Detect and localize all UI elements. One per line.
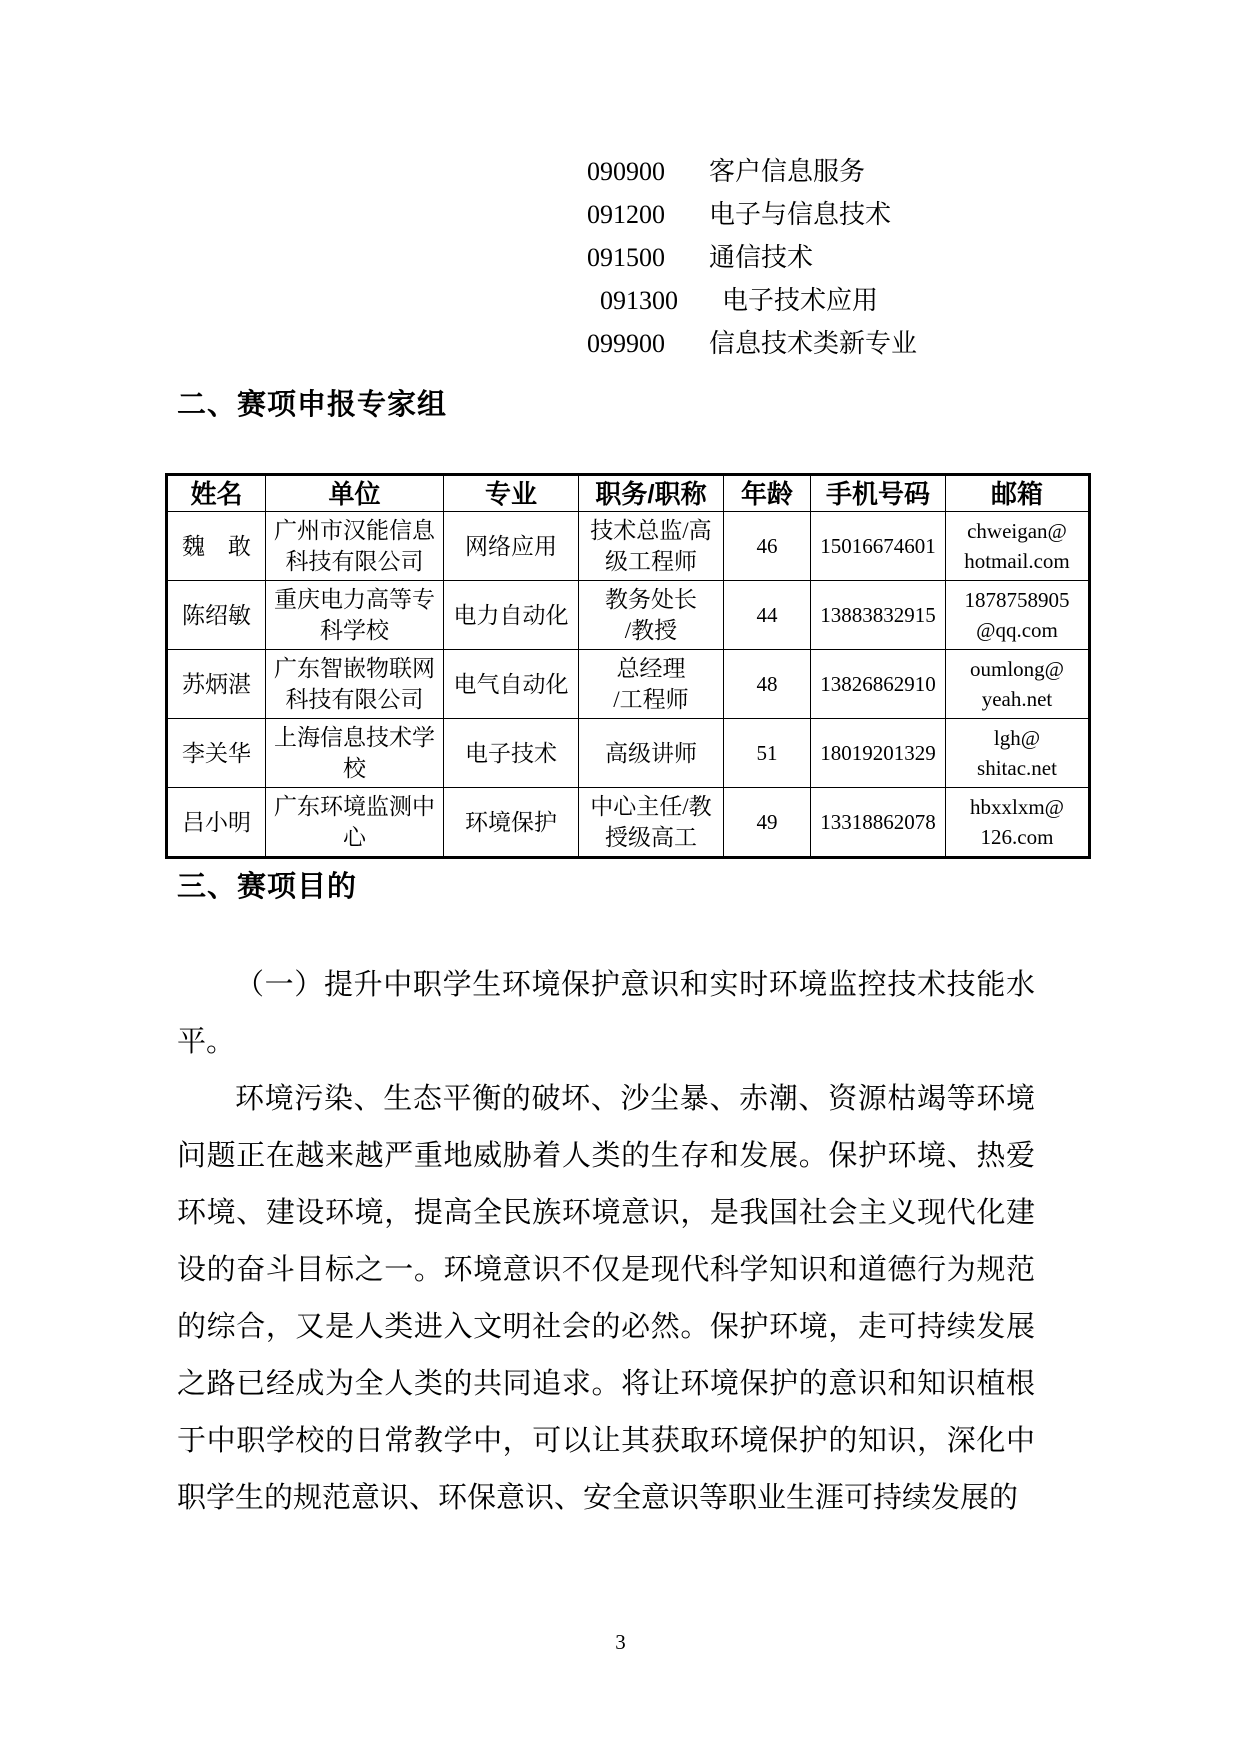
cell-major: 电气自动化 [444,650,579,719]
cell-name: 吕小明 [167,788,266,858]
cell-phone: 15016674601 [811,512,946,581]
cell-age: 49 [724,788,811,858]
cell-age: 44 [724,581,811,650]
cell-phone: 13883832915 [811,581,946,650]
cell-org: 广州市汉能信息 科技有限公司 [266,512,444,581]
table-row: 李关华 上海信息技术学 校 电子技术 高级讲师 51 18019201329 l… [167,719,1090,788]
major-code: 091200 [587,193,675,236]
cell-name: 陈绍敏 [167,581,266,650]
major-code: 090900 [587,150,675,193]
section-heading-experts: 二、赛项申报专家组 [177,386,1241,425]
major-code-item: 091300电子技术应用 [587,279,1241,322]
col-header-org: 单位 [266,475,444,512]
col-header-phone: 手机号码 [811,475,946,512]
cell-phone: 13318862078 [811,788,946,858]
table-row: 吕小明 广东环境监测中 心 环境保护 中心主任/教 授级高工 49 133188… [167,788,1090,858]
cell-name: 李关华 [167,719,266,788]
major-code-list: 090900客户信息服务 091200电子与信息技术 091500通信技术 09… [587,150,1241,365]
major-code-item: 091500通信技术 [587,236,1241,279]
col-header-name: 姓名 [167,475,266,512]
cell-title: 高级讲师 [579,719,724,788]
major-name: 通信技术 [709,243,813,272]
cell-org: 重庆电力高等专 科学校 [266,581,444,650]
cell-email: 1878758905 @qq.com [946,581,1090,650]
major-code-item: 090900客户信息服务 [587,150,1241,193]
major-code: 099900 [587,322,675,365]
cell-age: 46 [724,512,811,581]
cell-org: 广东智嵌物联网 科技有限公司 [266,650,444,719]
document-page: 090900客户信息服务 091200电子与信息技术 091500通信技术 09… [0,0,1241,1754]
experts-table-body: 魏 敢 广州市汉能信息 科技有限公司 网络应用 技术总监/高 级工程师 46 1… [167,512,1090,858]
cell-title: 教务处长 /教授 [579,581,724,650]
col-header-email: 邮箱 [946,475,1090,512]
major-name: 客户信息服务 [709,157,865,186]
col-header-major: 专业 [444,475,579,512]
cell-name: 魏 敢 [167,512,266,581]
cell-major: 电力自动化 [444,581,579,650]
cell-email: chweigan@ hotmail.com [946,512,1090,581]
major-name: 电子与信息技术 [709,200,891,229]
cell-title: 技术总监/高 级工程师 [579,512,724,581]
table-row: 苏炳湛 广东智嵌物联网 科技有限公司 电气自动化 总经理 /工程师 48 138… [167,650,1090,719]
experts-table: 姓名 单位 专业 职务/职称 年龄 手机号码 邮箱 魏 敢 广州市汉能信息 科技… [165,473,1091,859]
cell-email: oumlong@ yeah.net [946,650,1090,719]
cell-major: 环境保护 [444,788,579,858]
cell-title: 中心主任/教 授级高工 [579,788,724,858]
cell-email: lgh@ shitac.net [946,719,1090,788]
cell-title: 总经理 /工程师 [579,650,724,719]
major-name: 信息技术类新专业 [709,329,917,358]
major-name: 电子技术应用 [722,286,878,315]
table-row: 魏 敢 广州市汉能信息 科技有限公司 网络应用 技术总监/高 级工程师 46 1… [167,512,1090,581]
cell-phone: 18019201329 [811,719,946,788]
cell-name: 苏炳湛 [167,650,266,719]
table-row: 陈绍敏 重庆电力高等专 科学校 电力自动化 教务处长 /教授 44 138838… [167,581,1090,650]
page-number: 3 [0,1630,1241,1655]
major-code: 091500 [587,236,675,279]
purpose-paragraph-1: （一）提升中职学生环境保护意识和实时环境监控技术技能水平。 [177,957,1035,1071]
cell-major: 网络应用 [444,512,579,581]
major-code-item: 091200电子与信息技术 [587,193,1241,236]
cell-phone: 13826862910 [811,650,946,719]
col-header-age: 年龄 [724,475,811,512]
cell-major: 电子技术 [444,719,579,788]
col-header-title: 职务/职称 [579,475,724,512]
cell-org: 上海信息技术学 校 [266,719,444,788]
major-code-item: 099900信息技术类新专业 [587,322,1241,365]
table-header-row: 姓名 单位 专业 职务/职称 年龄 手机号码 邮箱 [167,475,1090,512]
cell-age: 48 [724,650,811,719]
experts-table-head: 姓名 单位 专业 职务/职称 年龄 手机号码 邮箱 [167,475,1090,512]
section-heading-purpose: 三、赛项目的 [177,868,1241,907]
major-code: 091300 [600,279,688,322]
cell-email: hbxxlxm@ 126.com [946,788,1090,858]
cell-org: 广东环境监测中 心 [266,788,444,858]
purpose-paragraph-2: 环境污染、生态平衡的破坏、沙尘暴、赤潮、资源枯竭等环境问题正在越来越严重地威胁着… [177,1071,1035,1527]
cell-age: 51 [724,719,811,788]
